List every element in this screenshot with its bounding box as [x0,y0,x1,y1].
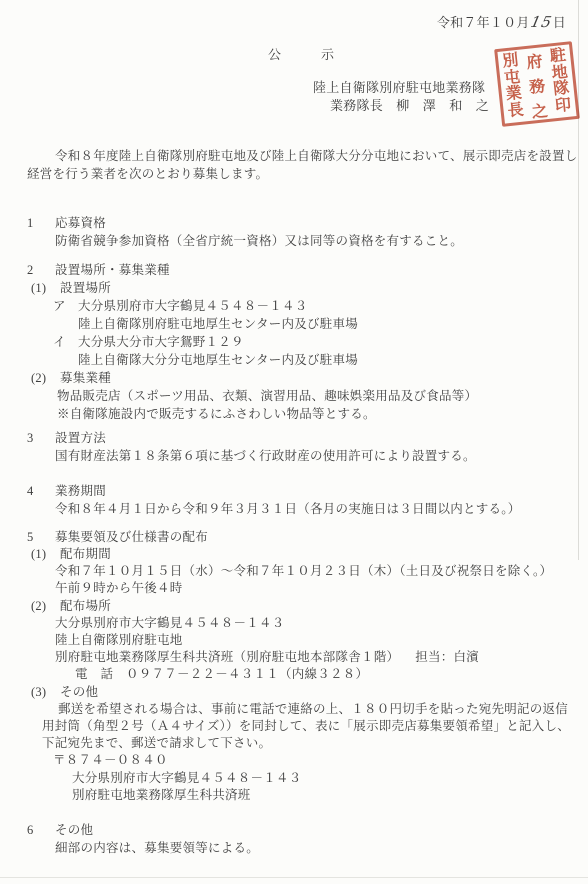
section-5-sub-3-title: その他 [60,685,98,699]
seal-column-left: 別屯業長 [502,53,525,120]
distribution-place-office: 別府駐屯地業務隊厚生科共済班（別府駐屯地本部隊舎１階）担当：白濱 [27,649,570,666]
section-6-body: 細部の内容は、募集要領等による。 [27,839,570,857]
mail-address-line-1: 大分県別府市大字鶴見４５４８－１４３ [27,770,570,787]
section-3-heading: 3設置方法 [27,429,570,447]
scan-artifact-bottom-line [0,877,588,878]
section-2-number: 2 [27,261,55,279]
section-6-heading: 6その他 [27,821,570,839]
section-5-sub-1-number: (1) [31,546,60,563]
section-6-number: 6 [27,821,55,839]
mail-request-line-1: 郵送を希望される場合は、事前に電話で連絡の上、１８０円切手を貼った宛先明記の返信 [27,701,570,718]
date-suffix: 日 [553,15,566,30]
section-2-title: 設置場所・募集業種 [55,263,170,277]
intro-line-1: 令和８年度陸上自衛隊別府駐屯地及び陸上自衛隊大分分屯地において、展示即売店を設置… [27,147,570,165]
seal-column-right: 駐地隊印 [549,48,572,115]
scan-artifact-vertical-line [578,0,579,560]
section-5-sub-1-title: 配布期間 [60,547,111,561]
item-a-address: 大分県別府市大字鶴見４５４８－１４３ [78,299,308,313]
phone-number-line: 電 話 ０９７７－２２－４３１１（内線３２８） [27,666,570,683]
section-2-sub-2-heading: (2)募集業種 [27,369,570,387]
mail-request-line-2: 用封筒（角型２号（Ａ４サイズ））を同封して、表に「展示即売店募集要領希望」と記入… [27,718,570,735]
section-5-sub-2-number: (2) [31,598,60,615]
item-a-facility: 陸上自衛隊別府駐屯地厚生センター内及び駐車場 [27,315,570,333]
section-4-title: 業務期間 [55,484,106,498]
section-3-number: 3 [27,429,55,447]
section-4-heading: 4業務期間 [27,482,570,500]
section-4-number: 4 [27,482,55,500]
mail-address-line-2: 別府駐屯地業務隊厚生科共済班 [27,787,570,804]
distribution-place-garrison: 陸上自衛隊別府駐屯地 [27,632,570,649]
business-type-note: ※自衛隊施設内で販売するにふさわしい物品等とする。 [27,405,570,423]
distribution-place-address: 大分県別府市大字鶴見４５４８－１４３ [27,615,570,632]
seal-column-middle: 府務之 [525,50,549,125]
section-1-number: 1 [27,214,55,232]
section-3-title: 設置方法 [55,431,106,445]
section-2-sub-2-title: 募集業種 [60,371,111,385]
section-3-body: 国有財産法第１８条第６項に基づく行政財産の使用許可により設置する。 [27,447,570,465]
section-1-body: 防衛省競争参加資格（全省庁統一資格）又は同等の資格を有すること。 [27,232,570,250]
date-line: 令和７年１０月15日 [27,13,570,32]
location-item-a: ア大分県別府市大字鶴見４５４８－１４３ [27,297,570,315]
distribution-period-hours: 午前９時から午後４時 [27,580,570,597]
section-5-sub-2-heading: (2)配布場所 [27,598,570,615]
section-2-sub-1-heading: (1)設置場所 [27,279,570,297]
distribution-period-dates: 令和７年１０月１５日（水）～令和７年１０月２３日（木）（土日及び祝祭日を除く。） [27,563,570,580]
section-1-title: 応募資格 [55,216,106,230]
section-2-sub-2-number: (2) [31,369,60,387]
official-seal-stamp: 別屯業長 府務之 駐地隊印 [494,41,580,127]
mail-request-line-3: 下記宛先まで、郵送で請求して下さい。 [27,735,570,752]
date-day-handwritten: 15 [529,13,554,31]
section-5-sub-1-heading: (1)配布期間 [27,546,570,563]
section-5-sub-3-number: (3) [31,684,60,701]
item-a-label: ア [53,297,78,315]
date-prefix: 令和７年１０月 [437,15,530,30]
postal-code: 〒８７４－０８４０ [27,752,570,769]
section-1-heading: 1応募資格 [27,214,570,232]
section-6-title: その他 [55,823,93,837]
section-5-content: (1)配布期間 令和７年１０月１５日（水）～令和７年１０月２３日（木）（土日及び… [27,546,570,804]
office-name: 別府駐屯地業務隊厚生科共済班（別府駐屯地本部隊舎１階） [55,650,399,664]
section-5-number: 5 [27,528,55,546]
section-5-sub-2-title: 配布場所 [60,599,111,613]
section-2-heading: 2設置場所・募集業種 [27,261,570,279]
section-4-body: 令和８年４月１日から令和９年３月３１日（各月の実施日は３日間以内とする。） [27,500,570,518]
location-item-i: イ大分県大分市大字鴛野１２９ [27,333,570,351]
section-5-heading: 5募集要領及び仕様書の配布 [27,528,570,546]
item-i-address: 大分県大分市大字鴛野１２９ [78,335,244,349]
item-i-label: イ [53,333,78,351]
business-type-line: 物品販売店（スポーツ用品、衣類、演習用品、趣味娯楽用品及び食品等） [27,387,570,405]
section-5-title: 募集要領及び仕様書の配布 [55,530,208,544]
section-2-sub-1-number: (1) [31,279,60,297]
intro-line-2: 経営を行う業者を次のとおり募集します。 [27,165,570,183]
section-5-sub-3-heading: (3)その他 [27,684,570,701]
scanned-notice-document: 令和７年１０月15日 公 示 陸上自衛隊別府駐屯地業務隊 業務隊長 柳 澤 和 … [0,0,588,884]
section-2-sub-1-title: 設置場所 [60,281,111,295]
contact-person: 担当：白濱 [415,650,479,664]
item-i-facility: 陸上自衛隊大分分屯地厚生センター内及び駐車場 [27,351,570,369]
